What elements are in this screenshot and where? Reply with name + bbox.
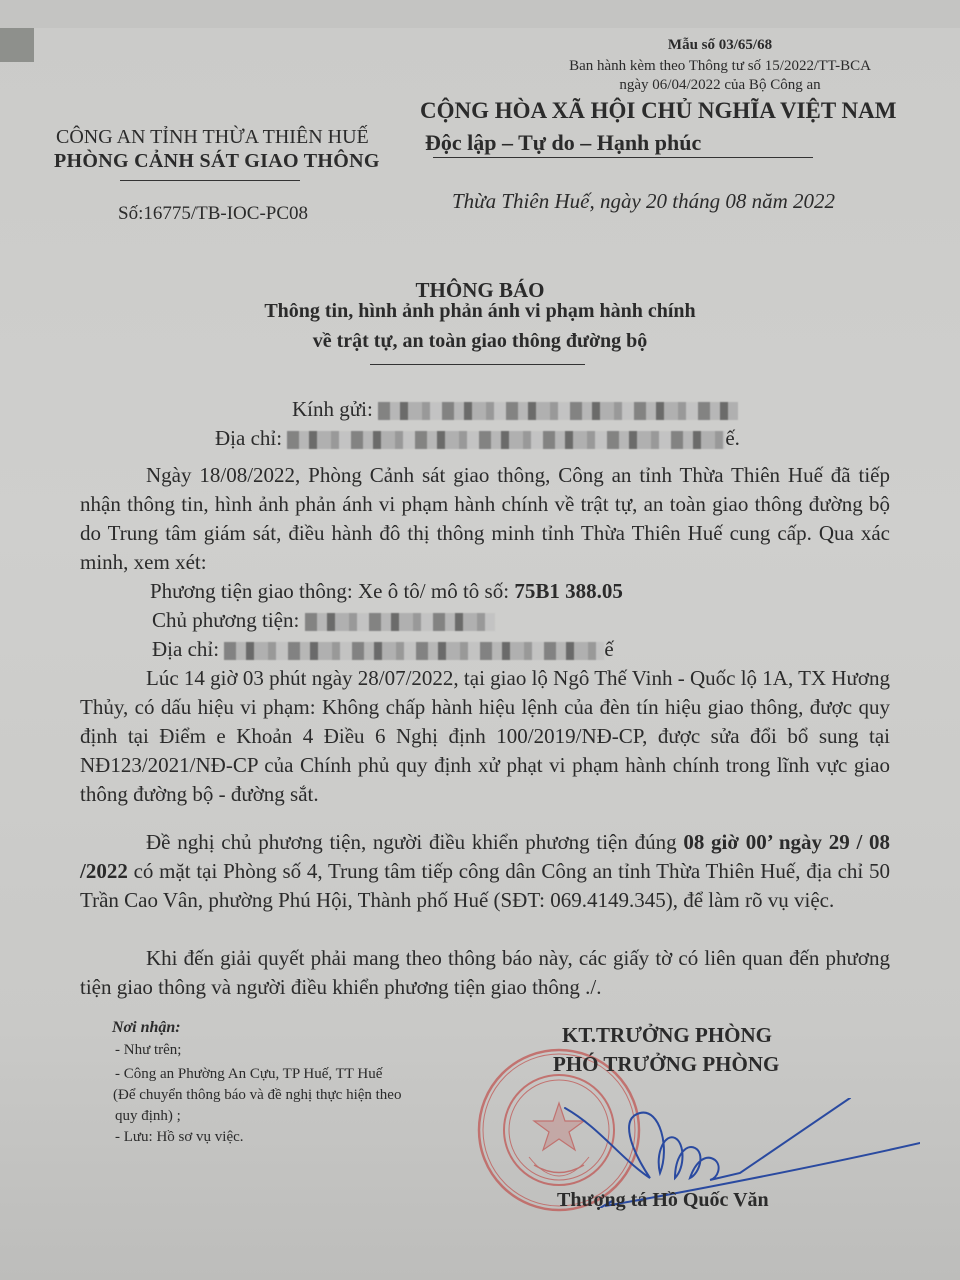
department-underline	[120, 180, 300, 181]
recipient-item: quy định) ;	[115, 1108, 181, 1125]
intro-paragraph: Ngày 18/08/2022, Phòng Cảnh sát giao thô…	[80, 461, 890, 577]
signature-title-2: PHÓ TRƯỞNG PHÒNG	[553, 1052, 779, 1077]
issued-with: Ban hành kèm theo Thông tư số 15/2022/TT…	[530, 58, 910, 75]
owner-label: Chủ phương tiện:	[152, 608, 299, 632]
owner-address-line: Địa chỉ: ế	[152, 635, 614, 664]
address-label: Địa chỉ:	[215, 426, 282, 450]
vehicle-line: Phương tiện giao thông: Xe ô tô/ mô tô s…	[150, 577, 623, 606]
violation-paragraph: Lúc 14 giờ 03 phút ngày 28/07/2022, tại …	[80, 664, 890, 809]
recipient-item: (Để chuyển thông báo và đề nghị thực hiệ…	[113, 1087, 401, 1104]
vehicle-label: Phương tiện giao thông: Xe ô tô/ mô tô s…	[150, 579, 514, 603]
redacted-recipient	[378, 402, 738, 420]
closing-paragraph: Khi đến giải quyết phải mang theo thông …	[80, 944, 890, 1002]
address-suffix: ế.	[725, 426, 740, 450]
national-motto: Độc lập – Tự do – Hạnh phúc	[425, 130, 701, 156]
subtitle-underline	[370, 364, 585, 365]
recipient-item: - Lưu: Hồ sơ vụ việc.	[115, 1129, 244, 1146]
document-number: Số:16775/TB-IOC-PC08	[118, 203, 308, 225]
redacted-owner	[305, 613, 495, 631]
owner-line: Chủ phương tiện:	[152, 606, 495, 635]
document-subtitle-2: về trật tự, an toàn giao thông đường bộ	[200, 330, 760, 353]
redacted-address	[287, 431, 725, 449]
recipient-line: Kính gửi:	[292, 395, 738, 424]
recipients-title: Nơi nhận:	[112, 1019, 181, 1037]
request-suffix: có mặt tại Phòng số 4, Trung tâm tiếp cô…	[80, 859, 890, 912]
owner-address-label: Địa chỉ:	[152, 637, 219, 661]
issuer-department: PHÒNG CẢNH SÁT GIAO THÔNG	[54, 150, 380, 173]
vehicle-plate: 75B1 388.05	[514, 579, 623, 603]
owner-address-suffix: ế	[604, 637, 613, 661]
issued-date: ngày 06/04/2022 của Bộ Công an	[530, 77, 910, 94]
issuer-agency: CÔNG AN TỈNH THỪA THIÊN HUẾ	[56, 126, 369, 149]
place-date: Thừa Thiên Huế, ngày 20 tháng 08 năm 202…	[452, 189, 835, 214]
to-label: Kính gửi:	[292, 397, 373, 421]
redacted-owner-address	[224, 642, 604, 660]
recipient-item: - Như trên;	[115, 1042, 181, 1059]
form-number: Mẫu số 03/65/68	[560, 37, 880, 54]
recipient-address-line: Địa chỉ: ế.	[215, 424, 740, 453]
document-page: Mẫu số 03/65/68 Ban hành kèm theo Thông …	[0, 28, 960, 1280]
document-subtitle-1: Thông tin, hình ảnh phản ánh vi phạm hàn…	[200, 300, 760, 323]
motto-underline	[433, 157, 813, 158]
signer-name: Thượng tá Hồ Quốc Văn	[557, 1189, 769, 1212]
request-prefix: Đề nghị chủ phương tiện, người điều khiể…	[146, 830, 683, 854]
signature-title-1: KT.TRƯỞNG PHÒNG	[562, 1023, 772, 1048]
country-name: CỘNG HÒA XÃ HỘI CHỦ NGHĨA VIỆT NAM	[420, 98, 896, 124]
recipient-item: - Công an Phường An Cựu, TP Huế, TT Huế	[115, 1066, 382, 1083]
page-corner-shadow	[0, 28, 34, 62]
request-paragraph: Đề nghị chủ phương tiện, người điều khiể…	[80, 828, 890, 915]
